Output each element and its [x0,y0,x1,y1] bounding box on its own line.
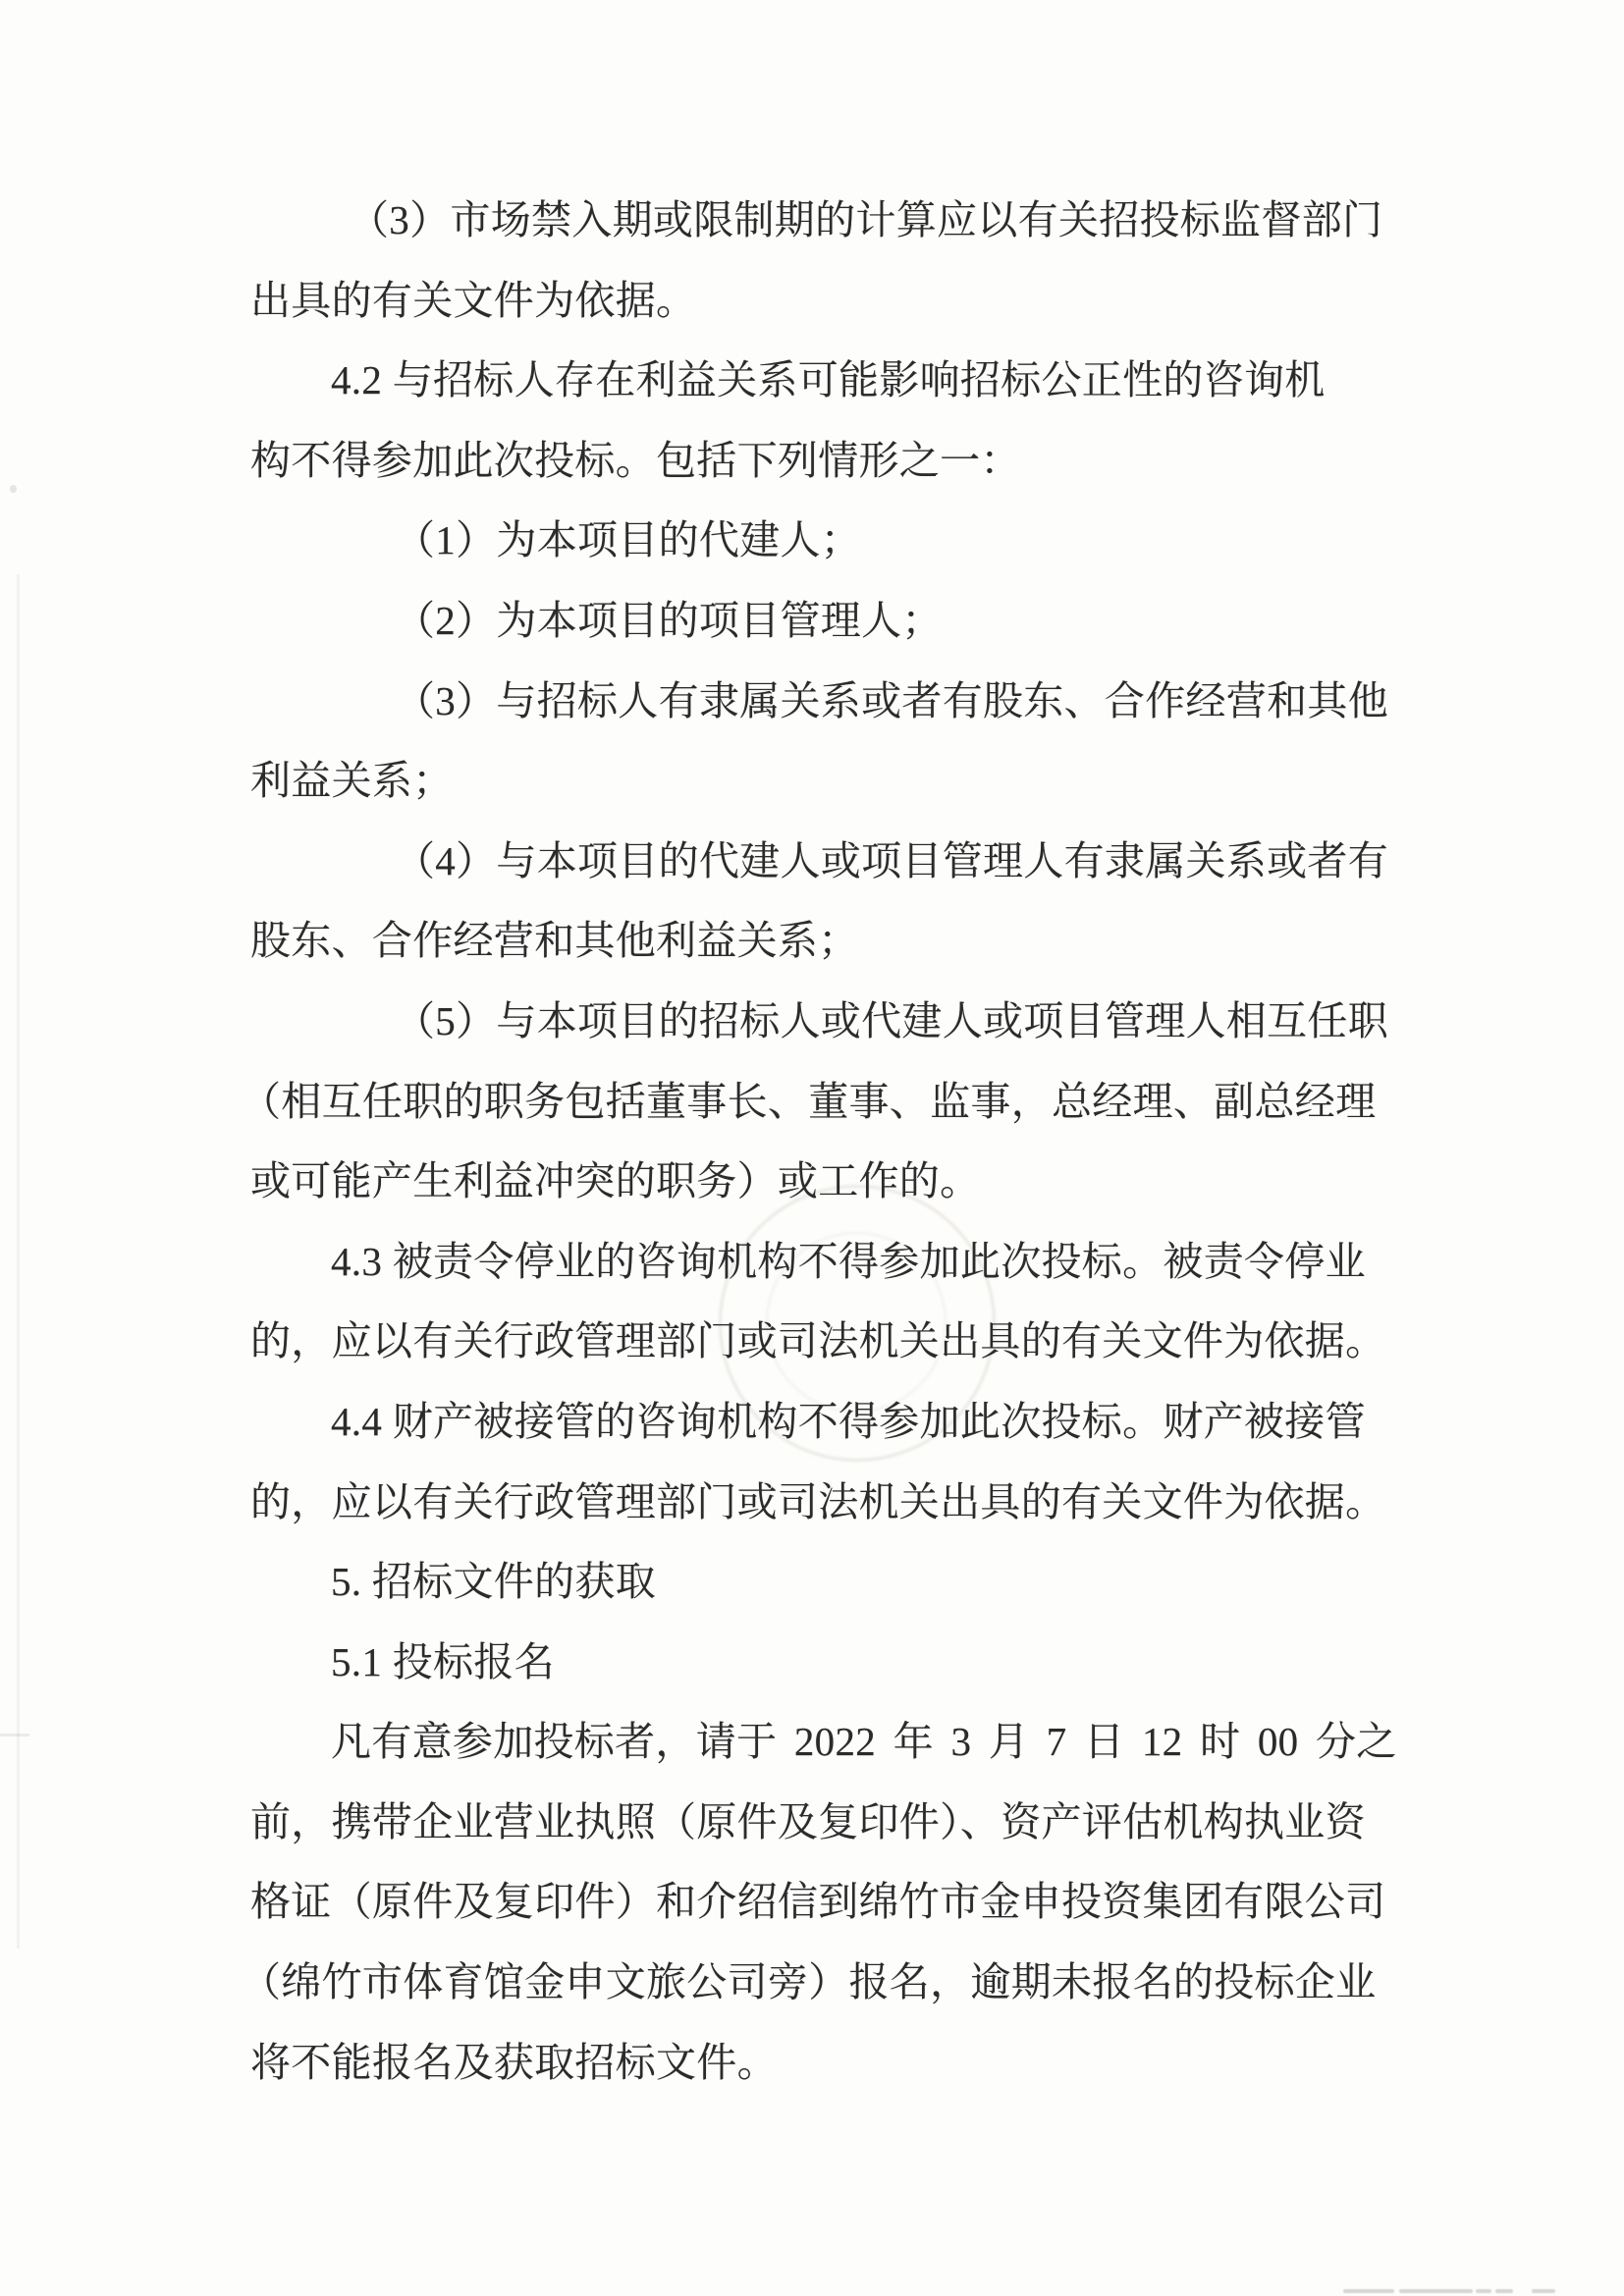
text-line: 的，应以有关行政管理部门或司法机关出具的有关文件为依据。 [250,1302,1394,1382]
text-line: 或可能产生利益冲突的职务）或工作的。 [250,1142,1394,1222]
scan-artifact-bottom-smudge [1399,2289,1473,2293]
text-line: 4.4 财产被接管的咨询机构不得参加此次投标。财产被接管 [250,1382,1394,1463]
text-line: （3）市场禁入期或限制期的计算应以有关招投标监督部门 [250,181,1394,261]
text-line: 构不得参加此次投标。包括下列情形之一： [250,421,1394,502]
document-page: （3）市场禁入期或限制期的计算应以有关招投标监督部门出具的有关文件为依据。4.2… [0,0,1624,2296]
text-line: 5.1 投标报名 [250,1623,1394,1703]
scan-artifact-bottom-smudge [1495,2289,1513,2293]
scan-artifact-bottom-smudge [1343,2289,1394,2293]
text-line: 凡有意参加投标者，请于 2022 年 3 月 7 日 12 时 00 分之 [250,1702,1394,1783]
text-line: 利益关系； [250,741,1394,822]
scan-artifact-bottom-smudge [1476,2289,1491,2293]
document-text: （3）市场禁入期或限制期的计算应以有关招投标监督部门出具的有关文件为依据。4.2… [250,181,1394,2103]
text-line: （4）与本项目的代建人或项目管理人有隶属关系或者有 [250,822,1394,902]
text-line: 将不能报名及获取招标文件。 [250,2023,1394,2104]
scan-artifact-horizontal-tick [0,1734,29,1736]
scan-artifact-bottom-smudge [1532,2289,1555,2293]
text-line: 4.3 被责令停业的咨询机构不得参加此次投标。被责令停业 [250,1222,1394,1303]
text-line: （3）与招标人有隶属关系或者有股东、合作经营和其他 [250,662,1394,742]
text-line: （2）为本项目的项目管理人； [250,581,1394,662]
text-line: 前，携带企业营业执照（原件及复印件）、资产评估机构执业资 [250,1783,1394,1863]
text-line: 5. 招标文件的获取 [250,1542,1394,1623]
text-line: （相互任职的职务包括董事长、董事、监事，总经理、副总经理 [241,1062,1394,1143]
text-line: 出具的有关文件为依据。 [250,261,1394,342]
text-line: （1）为本项目的代建人； [250,501,1394,581]
scan-artifact-vertical-line [17,574,20,1949]
text-line: （绵竹市体育馆金申文旅公司旁）报名，逾期未报名的投标企业 [241,1943,1394,2023]
text-line: 4.2 与招标人存在利益关系可能影响招标公正性的咨询机 [250,341,1394,421]
text-line: 格证（原件及复印件）和介绍信到绵竹市金申投资集团有限公司 [250,1862,1394,1943]
text-line: 股东、合作经营和其他利益关系； [250,901,1394,982]
text-line: （5）与本项目的招标人或代建人或项目管理人相互任职 [250,982,1394,1062]
text-line: 的，应以有关行政管理部门或司法机关出具的有关文件为依据。 [250,1463,1394,1543]
scan-artifact-dot [10,485,17,493]
